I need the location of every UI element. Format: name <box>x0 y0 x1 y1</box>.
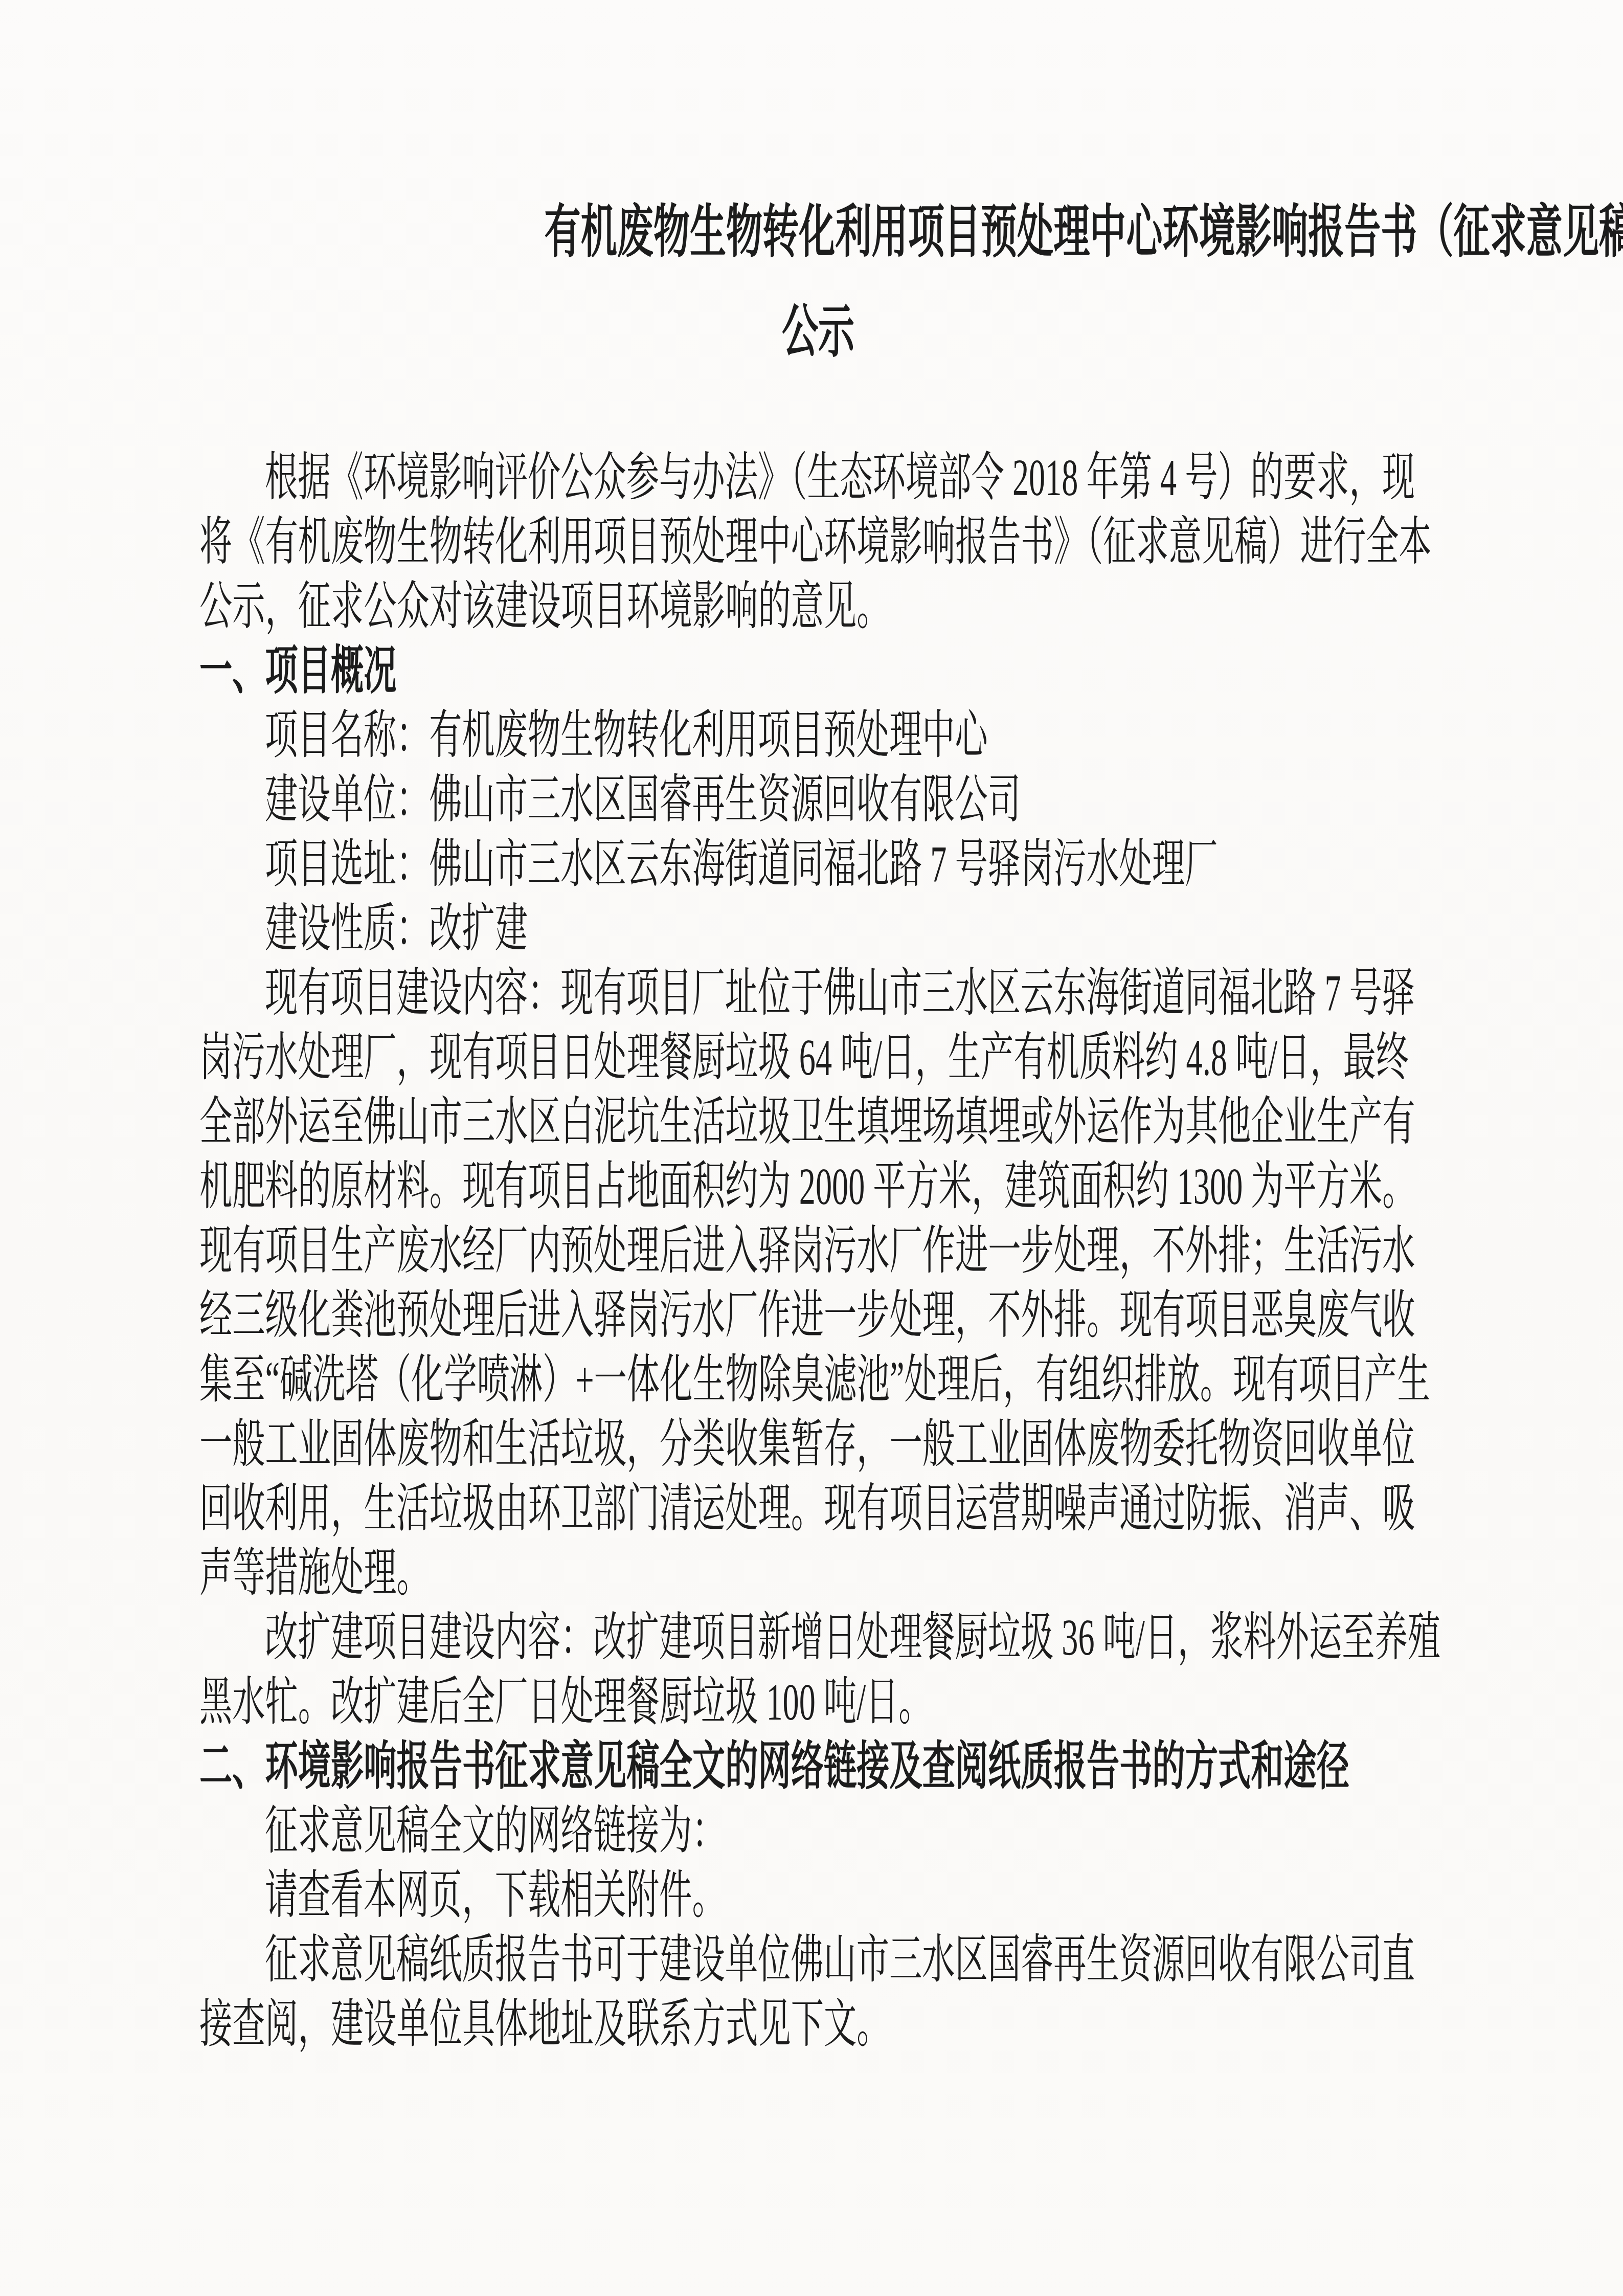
document-content: 有机废物生物转化利用项目预处理中心环境影响报告书（征求意见稿）信息 公示 根据《… <box>0 0 1623 2057</box>
title-line-1-text: 有机废物生物转化利用项目预处理中心环境影响报告书（征求意见稿）信息 <box>545 183 1623 283</box>
intro-line: 将《有机废物生物转化利用项目预处理中心环境影响报告书》（征求意见稿）进行全本 <box>199 510 1437 575</box>
section2-line: 接查阅，建设单位具体地址及联系方式见下文。 <box>199 1993 1437 2057</box>
title-line-2: 公示 <box>199 283 1437 383</box>
intro-line: 公示，征求公众对该建设项目环境影响的意见。 <box>199 575 1437 639</box>
existing-project-line: 经三级化粪池预处理后进入驿岗污水厂作进一步处理，不外排。现有项目恶臭废气收 <box>199 1284 1437 1348</box>
section1-heading: 一、项目概况 <box>199 639 1437 704</box>
item-construction-nature: 建设性质：改扩建 <box>199 897 1437 962</box>
section2-line: 请查看本网页，下载相关附件。 <box>199 1864 1437 1928</box>
existing-project-line-text: 现有项目生产废水经厂内预处理后进入驿岗污水厂作进一步处理，不外排；生活污水 <box>199 1219 1415 1284</box>
item-project-name: 项目名称：有机废物生物转化利用项目预处理中心 <box>199 704 1437 768</box>
existing-project-line-text: 全部外运至佛山市三水区白泥坑生活垃圾卫生填埋场填埋或外运作为其他企业生产有 <box>199 1090 1415 1155</box>
intro-line-text: 根据《环境影响评价公众参与办法》（生态环境部令 2018 年第 4 号）的要求，… <box>265 446 1415 510</box>
intro-line-text: 将《有机废物生物转化利用项目预处理中心环境影响报告书》（征求意见稿）进行全本 <box>199 510 1432 575</box>
existing-project-line-text: 经三级化粪池预处理后进入驿岗污水厂作进一步处理，不外排。现有项目恶臭废气收 <box>199 1284 1415 1348</box>
section2-line: 征求意见稿全文的网络链接为： <box>199 1799 1437 1864</box>
title-line-2-text: 公示 <box>782 283 854 383</box>
existing-project-line: 集至“碱洗塔（化学喷淋）+一体化生物除臭滤池”处理后，有组织排放。现有项目产生 <box>199 1348 1437 1413</box>
expansion-line: 黑水牤。改扩建后全厂日处理餐厨垃圾 100 吨/日。 <box>199 1670 1437 1735</box>
existing-project-line-text: 集至“碱洗塔（化学喷淋）+一体化生物除臭滤池”处理后，有组织排放。现有项目产生 <box>199 1348 1430 1413</box>
scanned-document-page: 有机废物生物转化利用项目预处理中心环境影响报告书（征求意见稿）信息 公示 根据《… <box>0 0 1623 2296</box>
document-body: 根据《环境影响评价公众参与办法》（生态环境部令 2018 年第 4 号）的要求，… <box>199 446 1437 2057</box>
item-project-site: 项目选址：佛山市三水区云东海街道同福北路 7 号驿岗污水处理厂 <box>199 833 1437 897</box>
existing-project-line: 岗污水处理厂，现有项目日处理餐厨垃圾 64 吨/日，生产有机质料约 4.8 吨/… <box>199 1026 1437 1090</box>
existing-project-line: 现有项目建设内容：现有项目厂址位于佛山市三水区云东海街道同福北路 7 号驿 <box>199 962 1437 1026</box>
item-project-site-text: 项目选址：佛山市三水区云东海街道同福北路 7 号驿岗污水处理厂 <box>265 833 1218 897</box>
expansion-line-text: 黑水牤。改扩建后全厂日处理餐厨垃圾 100 吨/日。 <box>199 1670 932 1735</box>
existing-project-line: 一般工业固体废物和生活垃圾，分类收集暂存，一般工业固体废物委托物资回收单位 <box>199 1413 1437 1477</box>
item-construction-unit-text: 建设单位：佛山市三水区国睿再生资源回收有限公司 <box>265 768 1021 833</box>
existing-project-line: 声等措施处理。 <box>199 1542 1437 1606</box>
existing-project-line: 回收利用，生活垃圾由环卫部门清运处理。现有项目运营期噪声通过防振、消声、吸 <box>199 1477 1437 1542</box>
existing-project-line-text: 回收利用，生活垃圾由环卫部门清运处理。现有项目运营期噪声通过防振、消声、吸 <box>199 1477 1415 1542</box>
section2-line: 征求意见稿纸质报告书可于建设单位佛山市三水区国睿再生资源回收有限公司直 <box>199 1928 1437 1993</box>
section2-heading-text: 二、环境影响报告书征求意见稿全文的网络链接及查阅纸质报告书的方式和途径 <box>199 1735 1349 1799</box>
existing-project-line-text: 一般工业固体废物和生活垃圾，分类收集暂存，一般工业固体废物委托物资回收单位 <box>199 1413 1415 1477</box>
section2-heading: 二、环境影响报告书征求意见稿全文的网络链接及查阅纸质报告书的方式和途径 <box>199 1735 1437 1799</box>
item-construction-nature-text: 建设性质：改扩建 <box>265 897 528 962</box>
intro-line-text: 公示，征求公众对该建设项目环境影响的意见。 <box>199 575 889 639</box>
intro-line: 根据《环境影响评价公众参与办法》（生态环境部令 2018 年第 4 号）的要求，… <box>199 446 1437 510</box>
existing-project-line: 全部外运至佛山市三水区白泥坑生活垃圾卫生填埋场填埋或外运作为其他企业生产有 <box>199 1090 1437 1155</box>
existing-project-line-text: 岗污水处理厂，现有项目日处理餐厨垃圾 64 吨/日，生产有机质料约 4.8 吨/… <box>199 1026 1409 1090</box>
section1-heading-text: 一、项目概况 <box>199 639 397 704</box>
section2-line-text: 征求意见稿纸质报告书可于建设单位佛山市三水区国睿再生资源回收有限公司直 <box>265 1928 1415 1993</box>
expansion-line-text: 改扩建项目建设内容：改扩建项目新增日处理餐厨垃圾 36 吨/日，浆料外运至养殖 <box>265 1606 1440 1670</box>
existing-project-line-text: 声等措施处理。 <box>199 1542 430 1606</box>
existing-project-line: 机肥料的原材料。现有项目占地面积约为 2000 平方米，建筑面积约 1300 为… <box>199 1155 1437 1219</box>
expansion-line: 改扩建项目建设内容：改扩建项目新增日处理餐厨垃圾 36 吨/日，浆料外运至养殖 <box>199 1606 1437 1670</box>
section2-line-text: 征求意见稿全文的网络链接为： <box>265 1799 725 1864</box>
section2-line-text: 接查阅，建设单位具体地址及联系方式见下文。 <box>199 1993 889 2057</box>
title-line-1: 有机废物生物转化利用项目预处理中心环境影响报告书（征求意见稿）信息 <box>199 183 1437 283</box>
item-project-name-text: 项目名称：有机废物生物转化利用项目预处理中心 <box>265 704 988 768</box>
existing-project-line-text: 机肥料的原材料。现有项目占地面积约为 2000 平方米，建筑面积约 1300 为… <box>199 1155 1415 1219</box>
item-construction-unit: 建设单位：佛山市三水区国睿再生资源回收有限公司 <box>199 768 1437 833</box>
document-title: 有机废物生物转化利用项目预处理中心环境影响报告书（征求意见稿）信息 公示 <box>199 183 1437 383</box>
section2-line-text: 请查看本网页，下载相关附件。 <box>265 1864 725 1928</box>
existing-project-line-text: 现有项目建设内容：现有项目厂址位于佛山市三水区云东海街道同福北路 7 号驿 <box>265 962 1415 1026</box>
existing-project-line: 现有项目生产废水经厂内预处理后进入驿岗污水厂作进一步处理，不外排；生活污水 <box>199 1219 1437 1284</box>
